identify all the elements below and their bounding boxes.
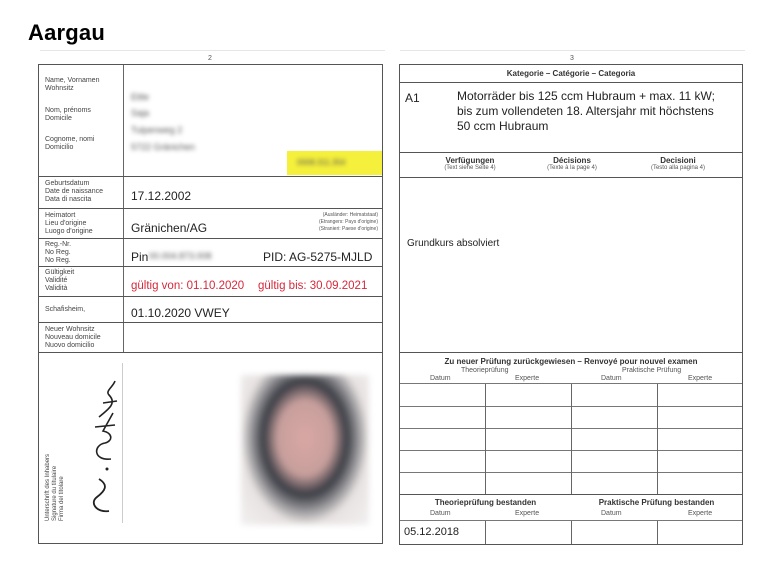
label-registration: Reg.-Nr.No Reg.No Reg. — [45, 241, 71, 265]
retest-practical-label: Praktische Prüfung — [622, 367, 681, 374]
theory-passed-date: 05.12.2018 — [404, 526, 459, 538]
valid-until: gültig bis: 30.09.2021 — [258, 280, 367, 292]
decisions-header-it: Decisioni (Testo alla pagina 4) — [628, 156, 728, 171]
issued-value: 01.10.2020 VWEY — [131, 306, 230, 320]
passed-practical-title: Praktische Prüfung bestanden — [571, 498, 742, 507]
grid-line — [485, 384, 486, 494]
signature-label: Unterschrift des InhabersSignature du ti… — [45, 454, 66, 521]
label-column: Name, VornamenWohnsitz Nom, prénomsDomic… — [39, 65, 124, 176]
grid-line — [485, 521, 486, 544]
decisions-header-row: Verfügungen (Text siehe Seite 4) Décisio… — [400, 153, 742, 178]
redacted-city: 5722 Gränichen — [131, 142, 195, 152]
decisions-header-de: Verfügungen (Text siehe Seite 4) — [420, 156, 520, 171]
decisions-header-fr: Décisions (Texte à la page 4) — [522, 156, 622, 171]
category-description: Motorräder bis 125 ccm Hubraum + max. 11… — [457, 89, 715, 134]
redacted-surname: Ettle — [131, 92, 149, 102]
category-code: A1 — [405, 91, 420, 105]
label-column: GeburtsdatumDate de naissanceData di nas… — [39, 177, 124, 208]
label-name-fr: Nom, prénomsDomicile — [45, 107, 91, 123]
origin-row: HeimatortLieu d'origineLuogo d'origine G… — [39, 209, 382, 239]
pid-value: PID: AG-5275-MJLD — [263, 250, 372, 264]
retest-table — [400, 384, 742, 494]
license-page-left: Name, VornamenWohnsitz Nom, prénomsDomic… — [38, 64, 383, 544]
new-domicile-row: Neuer WohnsitzNouveau domicileNuovo domi… — [39, 323, 382, 353]
signature-photo-area: Unterschrift des InhabersSignature du ti… — [39, 353, 382, 543]
signature-icon — [79, 373, 123, 513]
passed-col-date: Datum — [601, 510, 622, 517]
passed-col-expert: Experte — [688, 510, 712, 517]
retest-col-expert: Experte — [688, 375, 712, 382]
category-row: A1 Motorräder bis 125 ccm Hubraum + max.… — [400, 83, 742, 153]
label-issued-place: Schafisheim, — [45, 306, 85, 314]
passed-theory-title: Theorieprüfung bestanden — [400, 498, 571, 507]
retest-theory-label: Theorieprüfung — [461, 367, 508, 374]
origin-value: Gränichen/AG — [131, 221, 207, 235]
scan-edge — [400, 50, 745, 51]
issued-row: Schafisheim, 01.10.2020 VWEY — [39, 297, 382, 323]
birthdate-row: GeburtsdatumDate de naissanceData di nas… — [39, 177, 382, 209]
redacted-number: 0008.311.354 — [297, 158, 345, 167]
decisions-body: Grundkurs absolviert — [400, 178, 742, 353]
label-column: Reg.-Nr.No Reg.No Reg. — [39, 239, 124, 266]
retest-col-date: Datum — [430, 375, 451, 382]
redacted-pin: 00.004.873.008 — [149, 251, 212, 261]
category-header-row: Kategorie – Catégorie – Categoria — [400, 65, 742, 83]
grid-line — [657, 384, 658, 494]
redacted-street: Tulpenweg 2 — [131, 125, 182, 135]
grid-line — [571, 521, 572, 544]
origin-note: (Ausländer: Heimatstaat)(Etrangers: Pays… — [319, 212, 378, 233]
license-page-right: Kategorie – Catégorie – Categoria A1 Mot… — [399, 64, 743, 545]
label-name-it: Cognome, nomiDomicilio — [45, 136, 94, 152]
retest-header: Zu neuer Prüfung zurückgewiesen – Renvoy… — [400, 353, 742, 384]
label-validity: GültigkeitValiditéValidità — [45, 269, 74, 293]
grid-line — [571, 384, 572, 494]
category-header: Kategorie – Catégorie – Categoria — [400, 69, 742, 78]
passed-col-expert: Experte — [515, 510, 539, 517]
name-row: Name, VornamenWohnsitz Nom, prénomsDomic… — [39, 65, 382, 177]
label-name-de: Name, VornamenWohnsitz — [45, 77, 99, 93]
label-new-domicile: Neuer WohnsitzNouveau domicileNuovo domi… — [45, 326, 101, 350]
validity-row: GültigkeitValiditéValidità gültig von: 0… — [39, 267, 382, 297]
registration-row: Reg.-Nr.No Reg.No Reg. Pin 00.004.873.00… — [39, 239, 382, 267]
document-title: Aargau — [28, 20, 105, 46]
pin-prefix: Pin — [131, 250, 148, 264]
grid-line — [657, 521, 658, 544]
birthdate-value: 17.12.2002 — [131, 189, 191, 203]
label-origin: HeimatortLieu d'origineLuogo d'origine — [45, 212, 93, 236]
passed-row: 05.12.2018 — [400, 521, 742, 544]
label-column: Neuer WohnsitzNouveau domicileNuovo domi… — [39, 323, 124, 352]
label-column: HeimatortLieu d'origineLuogo d'origine — [39, 209, 124, 238]
page-number-left: 2 — [200, 55, 220, 62]
holder-photo — [241, 375, 369, 525]
passed-header: Theorieprüfung bestanden Praktische Prüf… — [400, 494, 742, 521]
page-number-right: 3 — [562, 55, 582, 62]
valid-from: gültig von: 01.10.2020 — [131, 280, 244, 292]
label-birthdate: GeburtsdatumDate de naissanceData di nas… — [45, 180, 103, 204]
label-column: Schafisheim, — [39, 297, 124, 322]
scan-edge — [40, 50, 385, 51]
passed-col-date: Datum — [430, 510, 451, 517]
redacted-firstname: Saja — [131, 108, 149, 118]
decisions-text: Grundkurs absolviert — [407, 238, 499, 249]
retest-col-expert: Experte — [515, 375, 539, 382]
retest-title: Zu neuer Prüfung zurückgewiesen – Renvoy… — [400, 357, 742, 366]
retest-col-date: Datum — [601, 375, 622, 382]
label-column: GültigkeitValiditéValidità — [39, 267, 124, 296]
